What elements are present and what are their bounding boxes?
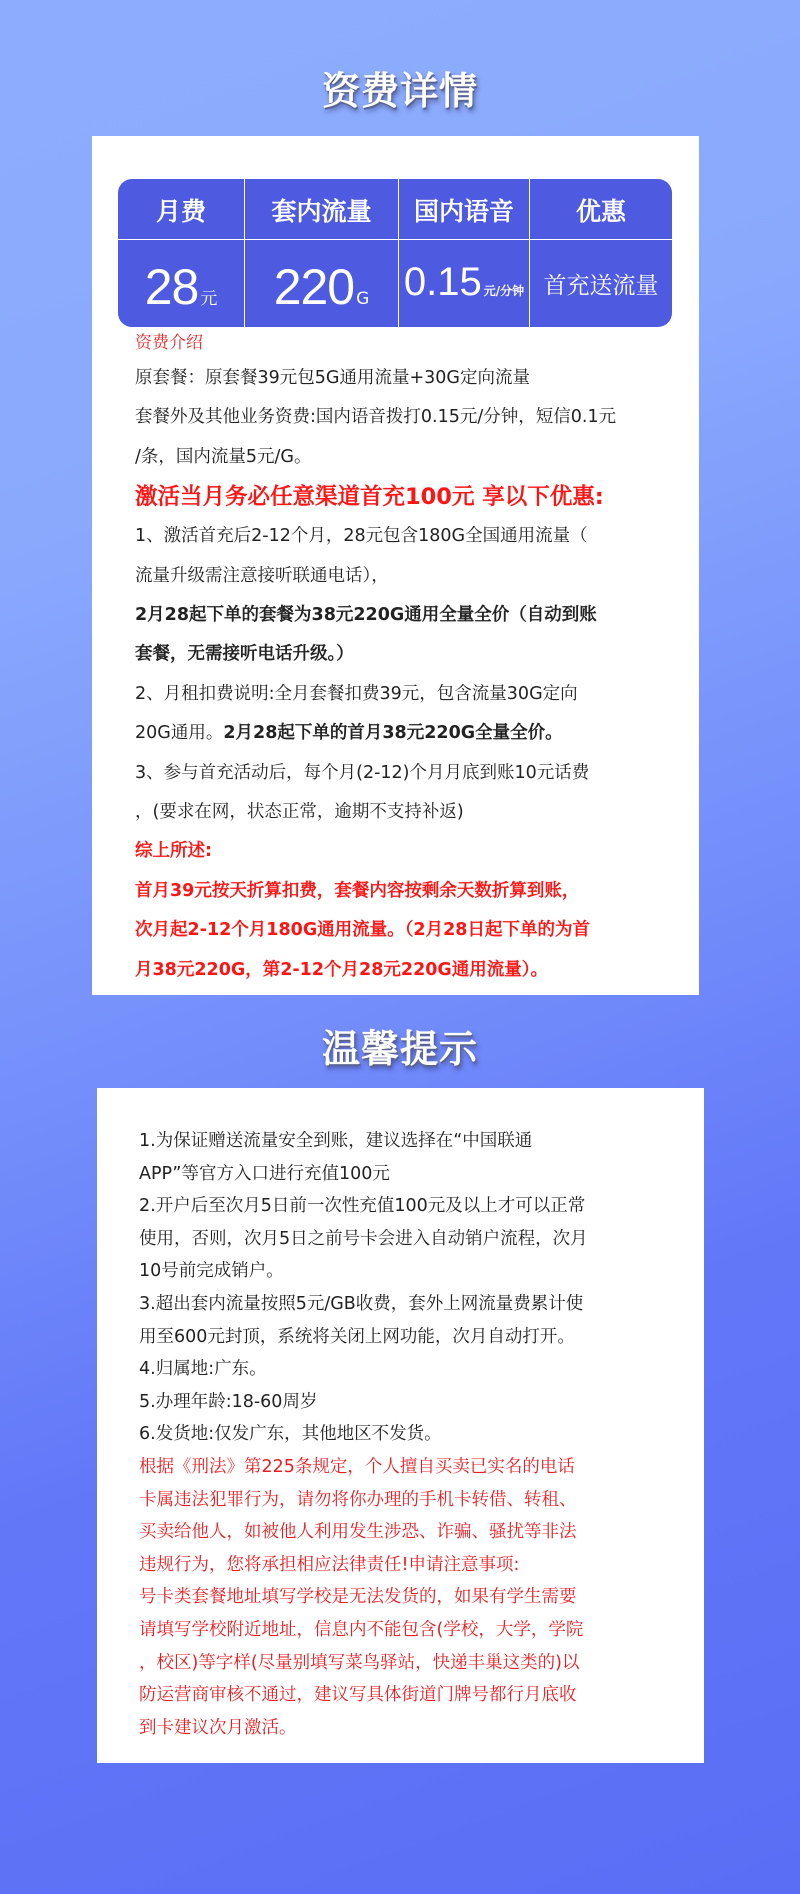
tip-line: 用至600元封顶，系统将关闭上网功能，次月自动打开。 [139, 1321, 679, 1354]
data-quota-unit: G [356, 289, 369, 309]
offer-item: 1、激活首充后2-12个月，28元包含180G全国通用流量（ [135, 517, 680, 556]
header-data-quota: 套内流量 [245, 179, 399, 240]
offer-item-bold: 2月28起下单的首月38元220G全量全价。 [223, 723, 562, 743]
intro-line: 套餐外及其他业务资费:国内语音拨打0.15元/分钟，短信0.1元 [135, 398, 680, 437]
warning-line: 卡属违法犯罪行为，请勿将你办理的手机卡转借、转租、 [139, 1484, 679, 1517]
offer-bold-line: 套餐，无需接听电话升级。） [135, 635, 680, 674]
fee-intro: 资费介绍 原套餐：原套餐39元包5G通用流量+30G定向流量 套餐外及其他业务资… [135, 329, 680, 990]
offer-item: ，(要求在网，状态正常，逾期不支持补返) [135, 793, 680, 832]
offer-item: 3、参与首充活动后，每个月(2-12)个月月底到账10元话费 [135, 754, 680, 793]
offer-item: 2、月租扣费说明:全月套餐扣费39元，包含流量30G定向 [135, 675, 680, 714]
promotion-value: 首充送流量 [530, 240, 672, 327]
offer-bold-line: 2月28起下单的套餐为38元220G通用全量全价（自动到账 [135, 596, 680, 635]
tip-line: 使用，否则，次月5日之前号卡会进入自动销户流程，次月 [139, 1223, 679, 1256]
monthly-fee-number: 28 [145, 262, 199, 312]
tip-line: 10号前完成销户。 [139, 1255, 679, 1288]
intro-line: 原套餐：原套餐39元包5G通用流量+30G定向流量 [135, 359, 680, 398]
warning-line: 到卡建议次月激活。 [139, 1712, 679, 1745]
monthly-fee-unit: 元 [200, 284, 217, 309]
warning-line: 号卡类套餐地址填写学校是无法发货的，如果有学生需要 [139, 1581, 679, 1614]
offer-item: 流量升级需注意接听联通电话）， [135, 557, 680, 596]
data-quota-value: 220G [245, 240, 399, 327]
offer-item: 20G通用。2月28起下单的首月38元220G全量全价。 [135, 714, 680, 753]
tip-line: 4.归属地:广东。 [139, 1353, 679, 1386]
voice-rate-value: 0.15元/分钟 [399, 240, 530, 327]
tip-line: 3.超出套内流量按照5元/GB收费，套外上网流量费累计使 [139, 1288, 679, 1321]
voice-rate-unit: 元/分钟 [484, 282, 524, 299]
header-voice: 国内语音 [399, 179, 530, 240]
section-title-fee-details: 资费详情 [0, 60, 800, 115]
intro-label: 资费介绍 [135, 329, 680, 359]
summary-label: 综上所述: [135, 832, 680, 871]
tips-list: 1.为保证赠送流量安全到账，建议选择在“中国联通 APP”等官方入口进行充值10… [139, 1125, 679, 1744]
tip-line: 2.开户后至次月5日前一次性充值100元及以上才可以正常 [139, 1190, 679, 1223]
monthly-fee-value: 28元 [118, 240, 245, 327]
highlight-heading: 激活当月务必任意渠道首充100元 享以下优惠: [135, 477, 680, 517]
tip-line: 1.为保证赠送流量安全到账，建议选择在“中国联通 [139, 1125, 679, 1158]
tip-line: 6.发货地:仅发广东，其他地区不发货。 [139, 1418, 679, 1451]
tip-line: 5.办理年龄:18-60周岁 [139, 1386, 679, 1419]
voice-rate-number: 0.15 [404, 262, 482, 302]
section-title-tips: 温馨提示 [0, 1018, 800, 1073]
offer-item-normal: 20G通用。 [135, 723, 223, 743]
warning-line: 买卖给他人，如被他人利用发生涉恐、诈骗、骚扰等非法 [139, 1516, 679, 1549]
tip-line: APP”等官方入口进行充值100元 [139, 1158, 679, 1191]
summary-line: 首月39元按天折算扣费，套餐内容按剩余天数折算到账， [135, 872, 680, 911]
warning-line: 根据《刑法》第225条规定，个人擅自买卖已实名的电话 [139, 1451, 679, 1484]
warning-line: 请填写学校附近地址，信息内不能包含(学校，大学，学院 [139, 1614, 679, 1647]
intro-line: /条，国内流量5元/G。 [135, 438, 680, 477]
warning-line: 防运营商审核不通过，建议写具体街道门牌号都行月底收 [139, 1679, 679, 1712]
fee-details-card: 月费 套内流量 国内语音 优惠 28元 220G 0.15元/分钟 首充送流量 … [92, 136, 699, 995]
warning-line: ，校区)等字样(尽量别填写菜鸟驿站，快递丰巢这类的)以 [139, 1647, 679, 1680]
warning-line: 违规行为，您将承担相应法律责任!申请注意事项: [139, 1549, 679, 1582]
data-quota-number: 220 [274, 262, 354, 312]
price-table: 月费 套内流量 国内语音 优惠 28元 220G 0.15元/分钟 首充送流量 [118, 179, 672, 327]
header-promotion: 优惠 [530, 179, 672, 240]
summary-line: 次月起2-12个月180G通用流量。（2月28日起下单的为首 [135, 911, 680, 950]
tips-card: 1.为保证赠送流量安全到账，建议选择在“中国联通 APP”等官方入口进行充值10… [97, 1088, 704, 1763]
summary-line: 月38元220G，第2-12个月28元220G通用流量）。 [135, 951, 680, 990]
header-monthly-fee: 月费 [118, 179, 245, 240]
